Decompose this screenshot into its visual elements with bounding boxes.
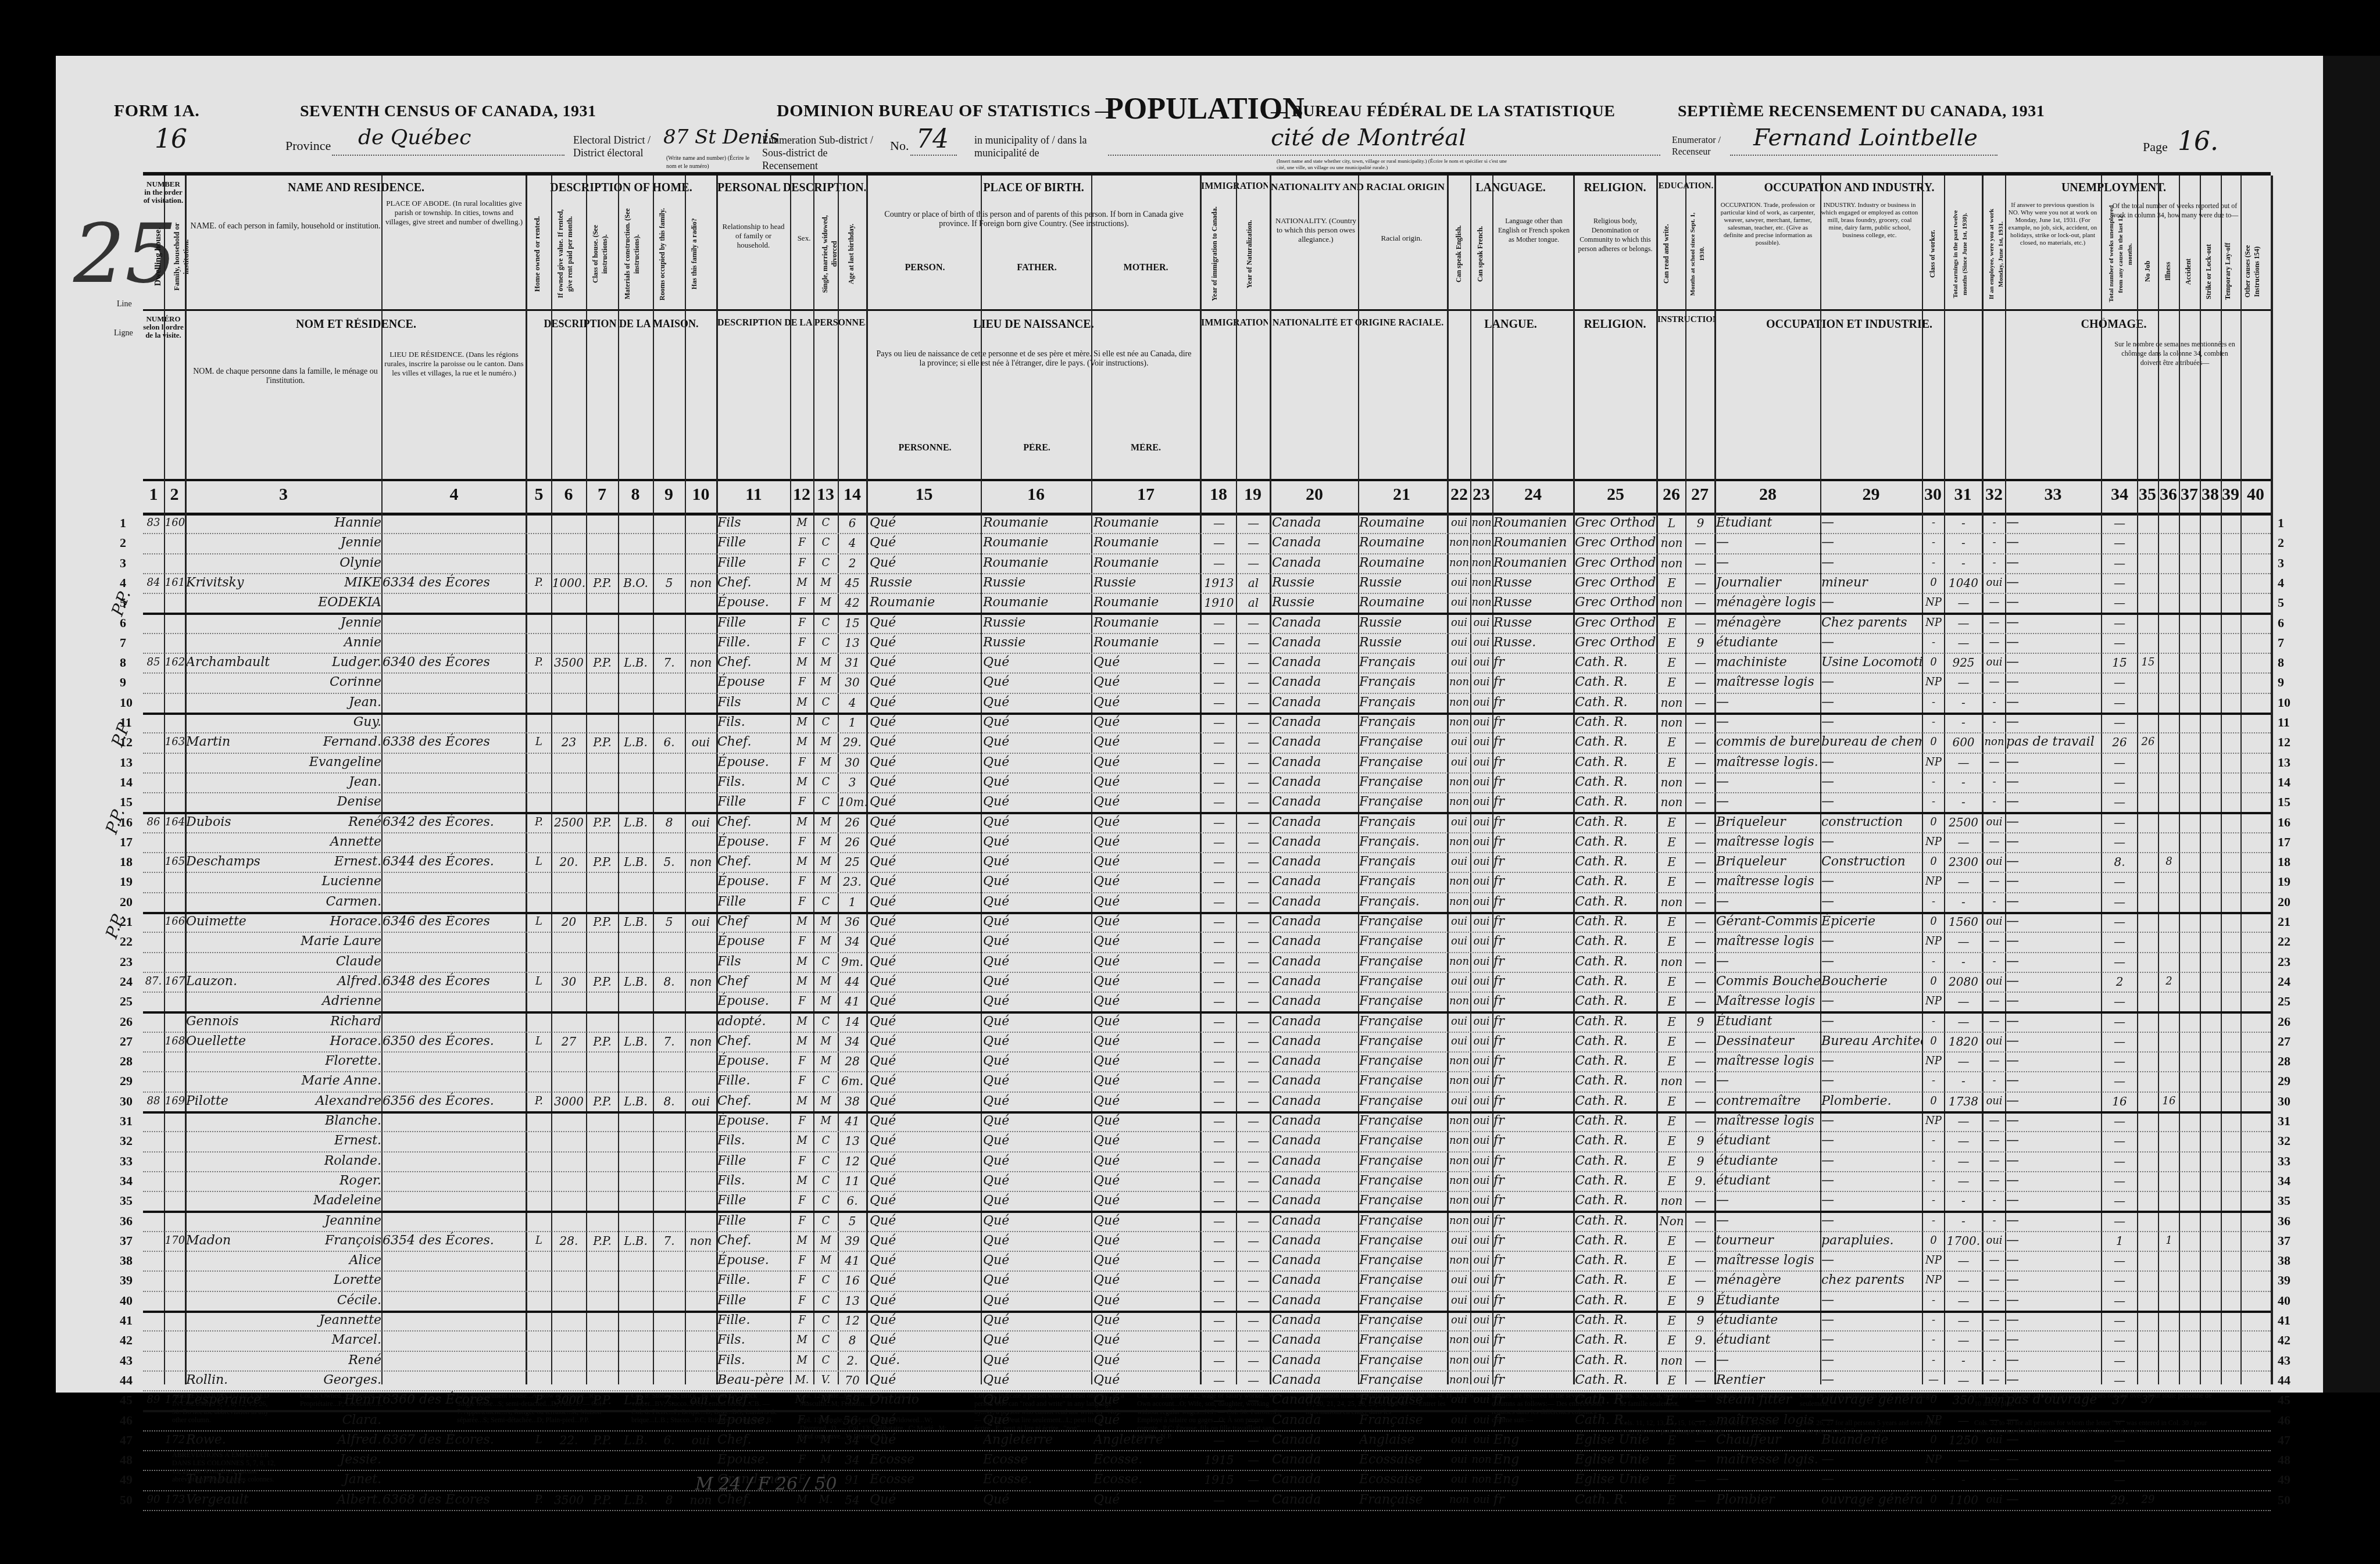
- cell-place-of-abode: 6354 des Écores.: [383, 1231, 526, 1251]
- cell-speaks-french: oui: [1471, 813, 1492, 832]
- cell-radio: [685, 772, 716, 792]
- cell-speaks-french: oui: [1471, 1231, 1492, 1251]
- cell-sex: M: [791, 713, 813, 732]
- cell-speaks-english: non: [1448, 1211, 1470, 1231]
- cell-birthplace-person: Qué: [870, 553, 980, 573]
- col-num: 15: [867, 485, 981, 504]
- group-description-home-fr: DESCRIPTION DE LA MAISON.: [527, 318, 716, 330]
- cell-at-work: —: [1984, 872, 2005, 892]
- line-number: 11: [120, 715, 132, 730]
- cell-class-of-house: [587, 792, 618, 812]
- cell-weeks-no-job: [2138, 753, 2158, 772]
- cell-earnings: —: [1945, 1111, 1982, 1131]
- cell-at-work: oui: [1984, 573, 2005, 593]
- cell-speaks-french: oui: [1471, 693, 1492, 713]
- cell-months-school: —: [1686, 1111, 1714, 1131]
- cell-class-of-worker: -: [1923, 513, 1944, 533]
- cell-class-of-worker: -: [1923, 1171, 1944, 1191]
- cell-weeks-no-job: [2138, 1270, 2158, 1290]
- cell-why-not-at-work: —: [2006, 1131, 2101, 1151]
- col-num: 2: [164, 485, 185, 504]
- cell-weeks-no-job: [2138, 892, 2158, 912]
- cell-speaks-french: oui: [1471, 852, 1492, 872]
- cell-owned-rented: [527, 693, 551, 713]
- cell-dwelling-number: [143, 1270, 164, 1290]
- cell-birthplace-mother: Qué: [1093, 1211, 1200, 1231]
- cell-weeks-no-job: [2138, 852, 2158, 872]
- cell-naturalization-year: —: [1237, 1131, 1270, 1151]
- cell-earnings: -: [1945, 1211, 1982, 1231]
- cell-birthplace-person: Qué: [870, 1091, 980, 1111]
- cell-nationality: Canada: [1272, 553, 1358, 573]
- cell-marital-status: C: [814, 533, 838, 553]
- cell-sex: F: [791, 1071, 813, 1091]
- cell-industry: Boucherie: [1821, 972, 1922, 992]
- line-number: 39: [120, 1273, 133, 1288]
- cell-sex: F: [791, 672, 813, 692]
- cell-marital-status: C: [814, 693, 838, 713]
- col-17-header-fr: MÈRE.: [1093, 443, 1198, 453]
- cell-materials: L.B.: [619, 1490, 653, 1510]
- cell-place-of-abode: [383, 872, 526, 892]
- cell-speaks-french: oui: [1471, 912, 1492, 932]
- cell-marital-status: V.: [814, 1370, 838, 1390]
- col-num: 11: [717, 485, 790, 504]
- cell-relationship: Fils.: [717, 772, 790, 792]
- cell-naturalization-year: —: [1237, 1211, 1270, 1231]
- cell-materials: L.B.: [619, 972, 653, 992]
- cell-surname: [186, 1351, 285, 1370]
- cell-value-rent: 2500: [552, 813, 586, 832]
- cell-value-rent: 23: [552, 732, 586, 752]
- cell-speaks-french: oui: [1471, 1351, 1492, 1370]
- cell-owned-rented: [527, 593, 551, 613]
- cell-religion: Grec Orthod.: [1575, 633, 1656, 653]
- col-num: 27: [1685, 485, 1714, 504]
- cell-racial-origin: Française: [1359, 932, 1446, 951]
- cell-rooms: 6.: [653, 1430, 685, 1450]
- cell-mother-tongue: Roumanien: [1493, 533, 1573, 553]
- cell-naturalization-year: —: [1237, 1351, 1270, 1370]
- cell-earnings: 1560: [1945, 912, 1982, 932]
- cell-speaks-french: oui: [1471, 1032, 1492, 1051]
- line-number-right: 13: [2278, 755, 2290, 770]
- cell-months-school: 9: [1686, 633, 1714, 653]
- cell-place-of-abode: [383, 952, 526, 972]
- cell-marital-status: M: [814, 1231, 838, 1251]
- cell-age: 41: [838, 1251, 866, 1270]
- cell-materials: [619, 533, 653, 553]
- cell-at-work: —: [1984, 613, 2005, 633]
- cell-birthplace-mother: Qué: [1093, 1251, 1200, 1270]
- cell-mother-tongue: fr: [1493, 1131, 1573, 1151]
- cell-class-of-worker: -: [1923, 693, 1944, 713]
- cell-class-of-house: P.P.: [587, 912, 618, 932]
- cell-given-name: Marcel.: [285, 1330, 381, 1350]
- cell-materials: [619, 672, 653, 692]
- cell-birthplace-father: Qué: [983, 972, 1091, 992]
- cell-age: 15: [838, 613, 866, 633]
- abbrev-col8: Col. 8: Stone...S; Brick...B; Wood...W; …: [631, 1391, 782, 1424]
- cell-relationship: Fils.: [717, 713, 790, 732]
- cell-naturalization-year: al: [1237, 573, 1270, 593]
- cell-radio: [685, 633, 716, 653]
- cell-family-number: [164, 1171, 186, 1191]
- col-num: 18: [1201, 485, 1236, 504]
- cell-earnings: —: [1945, 1151, 1982, 1171]
- cell-birthplace-father: Roumanie: [983, 593, 1091, 613]
- cell-radio: non: [685, 573, 716, 593]
- cell-naturalization-year: —: [1237, 613, 1270, 633]
- cell-weeks-no-job: [2138, 1131, 2158, 1151]
- cell-rooms: [653, 1291, 685, 1311]
- cell-sex: F: [791, 1211, 813, 1231]
- cell-at-work: -: [1984, 533, 2005, 553]
- cell-industry: —: [1821, 952, 1922, 972]
- cell-surname: [186, 1171, 285, 1191]
- cell-birthplace-person: Qué: [870, 772, 980, 792]
- cell-at-work: -: [1984, 1211, 2005, 1231]
- cell-speaks-french: non: [1471, 553, 1492, 573]
- cell-materials: [619, 1151, 653, 1171]
- cell-radio: [685, 1291, 716, 1311]
- cell-class-of-house: [587, 713, 618, 732]
- cell-weeks-unemployed: —: [2102, 872, 2137, 892]
- cell-why-not-at-work: —: [2006, 1490, 2101, 1510]
- cell-why-not-at-work: —: [2006, 1450, 2101, 1470]
- cell-weeks-illness: [2159, 1370, 2179, 1390]
- cell-sex: F: [791, 593, 813, 613]
- cell-mother-tongue: fr: [1493, 732, 1573, 752]
- cell-class-of-house: [587, 1470, 618, 1490]
- col-24-header: Language other than English or French sp…: [1498, 216, 1570, 244]
- cell-industry: Épicerie: [1821, 912, 1922, 932]
- cell-value-rent: [552, 1470, 586, 1490]
- cell-radio: non: [685, 653, 716, 672]
- cell-relationship: Épouse.: [717, 872, 790, 892]
- cell-speaks-french: oui: [1471, 1311, 1492, 1330]
- cell-dwelling-number: [143, 633, 164, 653]
- abbrev-col5: Col. 5: Owned...O; Rented...R. — Col. 5:…: [300, 1391, 434, 1408]
- cell-place-of-abode: [383, 1370, 526, 1390]
- cell-birthplace-father: Qué: [983, 1490, 1091, 1510]
- cell-why-not-at-work: —: [2006, 1470, 2101, 1490]
- group-number-fr: NUMÉRO selon l'ordre de la visite.: [143, 315, 184, 339]
- cell-speaks-french: oui: [1471, 732, 1492, 752]
- cell-immigration-year: —: [1202, 832, 1236, 852]
- cell-religion: Cath. R.: [1575, 1071, 1656, 1091]
- cell-rooms: 8: [653, 813, 685, 832]
- cell-earnings: -: [1945, 772, 1982, 792]
- cell-why-not-at-work: —: [2006, 1051, 2101, 1071]
- cell-sex: F: [791, 613, 813, 633]
- cell-speaks-english: non: [1448, 1071, 1470, 1091]
- col-27-header: Months at school since Sept. 1, 1930.: [1688, 205, 1707, 303]
- cell-speaks-french: non: [1471, 533, 1492, 553]
- cell-owned-rented: [527, 1211, 551, 1231]
- table-row: 165DeschampsErnest.6344 des Écores.L20.P…: [143, 852, 2271, 873]
- cell-birthplace-father: Qué: [983, 732, 1091, 752]
- cell-mother-tongue: fr: [1493, 1071, 1573, 1091]
- table-row: GennoisRichardadopté.MC14QuéQuéQué——Cana…: [143, 1012, 2271, 1033]
- cell-months-school: 9: [1686, 1012, 1714, 1032]
- cell-birthplace-father: Écosse.: [983, 1470, 1091, 1490]
- cell-naturalization-year: —: [1237, 1450, 1270, 1470]
- cell-at-work: oui: [1984, 653, 2005, 672]
- cell-mother-tongue: fr: [1493, 932, 1573, 951]
- cell-read-write: E: [1658, 1490, 1685, 1510]
- line-number: 50: [120, 1493, 133, 1508]
- cell-class-of-worker: NP: [1923, 1450, 1944, 1470]
- cell-birthplace-mother: Qué: [1093, 1351, 1200, 1370]
- cell-weeks-unemployed: —: [2102, 672, 2137, 692]
- cell-given-name: Evangeline: [285, 753, 381, 772]
- cell-owned-rented: [527, 672, 551, 692]
- cell-nationality: Canada: [1272, 1351, 1358, 1370]
- cell-weeks-unemployed: —: [2102, 1470, 2137, 1490]
- cell-read-write: E: [1658, 573, 1685, 593]
- cell-relationship: Chef.: [717, 1231, 790, 1251]
- cell-given-name: Clara.: [285, 1411, 381, 1430]
- cell-value-rent: [552, 713, 586, 732]
- cell-nationality: Canada: [1272, 1131, 1358, 1151]
- cell-mother-tongue: fr: [1493, 1171, 1573, 1191]
- cell-nationality: Canada: [1272, 1311, 1358, 1330]
- cell-marital-status: C: [814, 633, 838, 653]
- cell-speaks-french: oui: [1471, 1071, 1492, 1091]
- cell-at-work: —: [1984, 932, 2005, 951]
- cell-class-of-house: P.P.: [587, 1032, 618, 1051]
- cell-at-work: —: [1984, 1051, 2005, 1071]
- cell-weeks-unemployed: —: [2102, 1270, 2137, 1290]
- cell-industry: —: [1821, 753, 1922, 772]
- cell-relationship: Fille: [717, 613, 790, 633]
- cell-owned-rented: L: [527, 1231, 551, 1251]
- cell-months-school: —: [1686, 1370, 1714, 1390]
- cell-rooms: [653, 992, 685, 1011]
- cell-at-work: —: [1984, 1151, 2005, 1171]
- cell-radio: [685, 1071, 716, 1091]
- cell-dwelling-number: 88: [143, 1091, 164, 1111]
- cell-birthplace-father: Qué: [983, 1311, 1091, 1330]
- cell-weeks-no-job: [2138, 1311, 2158, 1330]
- cell-why-not-at-work: —: [2006, 912, 2101, 932]
- cell-speaks-english: oui: [1448, 912, 1470, 932]
- cell-birthplace-person: Qué: [870, 1071, 980, 1091]
- cell-age: 26: [838, 813, 866, 832]
- col-35-header: No Job: [2143, 239, 2152, 303]
- cell-birthplace-mother: Qué: [1093, 1191, 1200, 1211]
- cell-sex: M: [791, 952, 813, 972]
- cell-racial-origin: Française: [1359, 772, 1446, 792]
- cell-materials: [619, 1470, 653, 1490]
- cell-mother-tongue: fr: [1493, 713, 1573, 732]
- line-number-right: 9: [2278, 675, 2284, 690]
- cell-age: 9m.: [838, 952, 866, 972]
- cell-relationship: Fille: [717, 533, 790, 553]
- cell-at-work: —: [1984, 1291, 2005, 1311]
- col-32-header: If an employee, were you at work Monday,…: [1987, 205, 2006, 303]
- cell-value-rent: [552, 693, 586, 713]
- cell-earnings: 1040: [1945, 573, 1982, 593]
- cell-weeks-no-job: [2138, 1291, 2158, 1311]
- cell-speaks-french: oui: [1471, 932, 1492, 951]
- cell-class-of-worker: 0: [1923, 1231, 1944, 1251]
- cell-family-number: 169: [164, 1091, 186, 1111]
- cell-birthplace-person: Qué: [870, 892, 980, 912]
- cell-racial-origin: Roumaine: [1359, 553, 1446, 573]
- cell-surname: [186, 1291, 285, 1311]
- cell-value-rent: [552, 553, 586, 573]
- cell-sex: F: [791, 892, 813, 912]
- cell-nationality: Canada: [1272, 1470, 1358, 1490]
- cell-age: 23.: [838, 872, 866, 892]
- cell-relationship: Épouse.: [717, 832, 790, 852]
- cell-occupation: commis de bureau: [1716, 732, 1820, 752]
- cell-dwelling-number: [143, 672, 164, 692]
- cell-speaks-english: non: [1448, 872, 1470, 892]
- cell-mother-tongue: fr: [1493, 1032, 1573, 1051]
- cell-marital-status: C: [814, 553, 838, 573]
- table-row: JennieFilleFC4QuéRoumanieRoumanie——Canad…: [143, 533, 2271, 554]
- cell-racial-origin: Russie: [1359, 573, 1446, 593]
- cell-materials: [619, 892, 653, 912]
- cell-mother-tongue: fr: [1493, 1231, 1573, 1251]
- cell-racial-origin: Française: [1359, 1191, 1446, 1211]
- group-immigration-fr: IMMIGRATION.: [1201, 318, 1268, 328]
- cell-class-of-house: [587, 1071, 618, 1091]
- cell-why-not-at-work: —: [2006, 633, 2101, 653]
- cell-weeks-no-job: [2138, 1211, 2158, 1231]
- cell-rooms: [653, 932, 685, 951]
- cell-birthplace-person: Qué: [870, 1370, 980, 1390]
- cell-family-number: [164, 693, 186, 713]
- cell-at-work: —: [1984, 1171, 2005, 1191]
- table-row: 87.167Lauzon.Alfred.6348 des ÉcoresL30P.…: [143, 972, 2271, 993]
- cell-owned-rented: [527, 1370, 551, 1390]
- cell-why-not-at-work: —: [2006, 1370, 2101, 1390]
- cell-weeks-no-job: [2138, 1351, 2158, 1370]
- col-num: 28: [1716, 485, 1820, 504]
- cell-weeks-illness: [2159, 533, 2179, 553]
- cell-sex: F: [791, 1051, 813, 1071]
- cell-speaks-french: oui: [1471, 633, 1492, 653]
- cell-religion: Cath. R.: [1575, 653, 1656, 672]
- col-34-header: Total number of weeks unemployed from an…: [2107, 205, 2135, 303]
- cell-birthplace-mother: Roumanie: [1093, 553, 1200, 573]
- cell-class-of-worker: -: [1923, 792, 1944, 812]
- cell-nationality: Canada: [1272, 1111, 1358, 1131]
- cell-read-write: E: [1658, 1012, 1685, 1032]
- cell-religion: Cath. R.: [1575, 952, 1656, 972]
- cell-weeks-illness: [2159, 573, 2179, 593]
- cell-age: 42: [838, 593, 866, 613]
- cell-rooms: [653, 1470, 685, 1490]
- cell-birthplace-father: Qué: [983, 813, 1091, 832]
- col-num: 21: [1358, 485, 1445, 504]
- cell-given-name: Horace.: [285, 912, 381, 932]
- line-number: 38: [120, 1253, 133, 1268]
- sheet-number: 16: [155, 124, 187, 154]
- cell-weeks-unemployed: —: [2102, 613, 2137, 633]
- cell-class-of-worker: -: [1923, 1012, 1944, 1032]
- col-29-header: INDUSTRY. Industry or business in which …: [1820, 202, 1919, 239]
- cell-months-school: —: [1686, 1091, 1714, 1111]
- cell-rooms: [653, 533, 685, 553]
- cell-racial-origin: Française: [1359, 1211, 1446, 1231]
- cell-immigration-year: 1913: [1202, 573, 1236, 593]
- cell-rooms: [653, 672, 685, 692]
- cell-mother-tongue: fr: [1493, 653, 1573, 672]
- cell-read-write: E: [1658, 1231, 1685, 1251]
- cell-given-name: Jeannine: [285, 1211, 381, 1231]
- cell-owned-rented: [527, 633, 551, 653]
- cell-months-school: —: [1686, 613, 1714, 633]
- cell-read-write: E: [1658, 1091, 1685, 1111]
- cell-marital-status: M: [814, 992, 838, 1011]
- group-name-residence: NAME AND RESIDENCE.: [186, 181, 526, 195]
- col-15-header: PERSON.: [870, 263, 980, 273]
- table-row: JeannetteFille.FC12QuéQuéQué——CanadaFran…: [143, 1311, 2271, 1332]
- cell-age: 39: [838, 1231, 866, 1251]
- col-23-header: Can speak French.: [1475, 205, 1485, 303]
- cell-radio: [685, 1251, 716, 1270]
- cell-immigration-year: —: [1202, 1051, 1236, 1071]
- cell-birthplace-father: Qué: [983, 653, 1091, 672]
- cell-weeks-unemployed: —: [2102, 713, 2137, 732]
- cell-surname: Martin: [186, 732, 285, 752]
- cell-family-number: [164, 713, 186, 732]
- cell-earnings: -: [1945, 1351, 1982, 1370]
- cell-religion: Grec Orthod.: [1575, 553, 1656, 573]
- census-sheet: FORM 1A. SEVENTH CENSUS OF CANADA, 1931 …: [56, 56, 2323, 1393]
- cell-religion: Cath. R.: [1575, 693, 1656, 713]
- cell-speaks-french: oui: [1471, 753, 1492, 772]
- cell-materials: L.B.: [619, 813, 653, 832]
- cell-given-name: Annette: [285, 832, 381, 852]
- cell-racial-origin: Russie: [1359, 613, 1446, 633]
- cell-owned-rented: P.: [527, 1091, 551, 1111]
- cell-naturalization-year: —: [1237, 1171, 1270, 1191]
- col-15-header-fr: PERSONNE.: [870, 443, 980, 453]
- cell-read-write: E: [1658, 672, 1685, 692]
- cell-given-name: Alexandre: [285, 1091, 381, 1111]
- cell-weeks-unemployed: —: [2102, 992, 2137, 1011]
- cell-weeks-illness: [2159, 1071, 2179, 1091]
- cell-owned-rented: L: [527, 1430, 551, 1450]
- cell-immigration-year: —: [1202, 1231, 1236, 1251]
- cell-given-name: Rolande.: [285, 1151, 381, 1171]
- cell-months-school: —: [1686, 1211, 1714, 1231]
- cell-class-of-worker: 0: [1923, 972, 1944, 992]
- cell-racial-origin: Français: [1359, 852, 1446, 872]
- col-36-header: Illness: [2163, 239, 2172, 303]
- cell-materials: [619, 792, 653, 812]
- cell-nationality: Russie: [1272, 593, 1358, 613]
- cell-materials: [619, 1191, 653, 1211]
- table-row: 168OuelletteHorace.6350 des Écores.L27P.…: [143, 1032, 2271, 1053]
- footer-five-years: Cols. 26, 27 for all persons 5 years and…: [1800, 1419, 1951, 1435]
- page-value: 16.: [2178, 127, 2218, 156]
- cell-speaks-english: oui: [1448, 1032, 1470, 1051]
- footer-ten-years: Cols. 28, 29, 30 and 31 for all persons …: [1974, 1391, 2218, 1408]
- line-number: 30: [120, 1094, 133, 1109]
- cell-materials: [619, 593, 653, 613]
- cell-at-work: —: [1984, 1012, 2005, 1032]
- cell-relationship: Chef: [717, 972, 790, 992]
- cell-naturalization-year: —: [1237, 1330, 1270, 1350]
- cell-sex: F: [791, 1191, 813, 1211]
